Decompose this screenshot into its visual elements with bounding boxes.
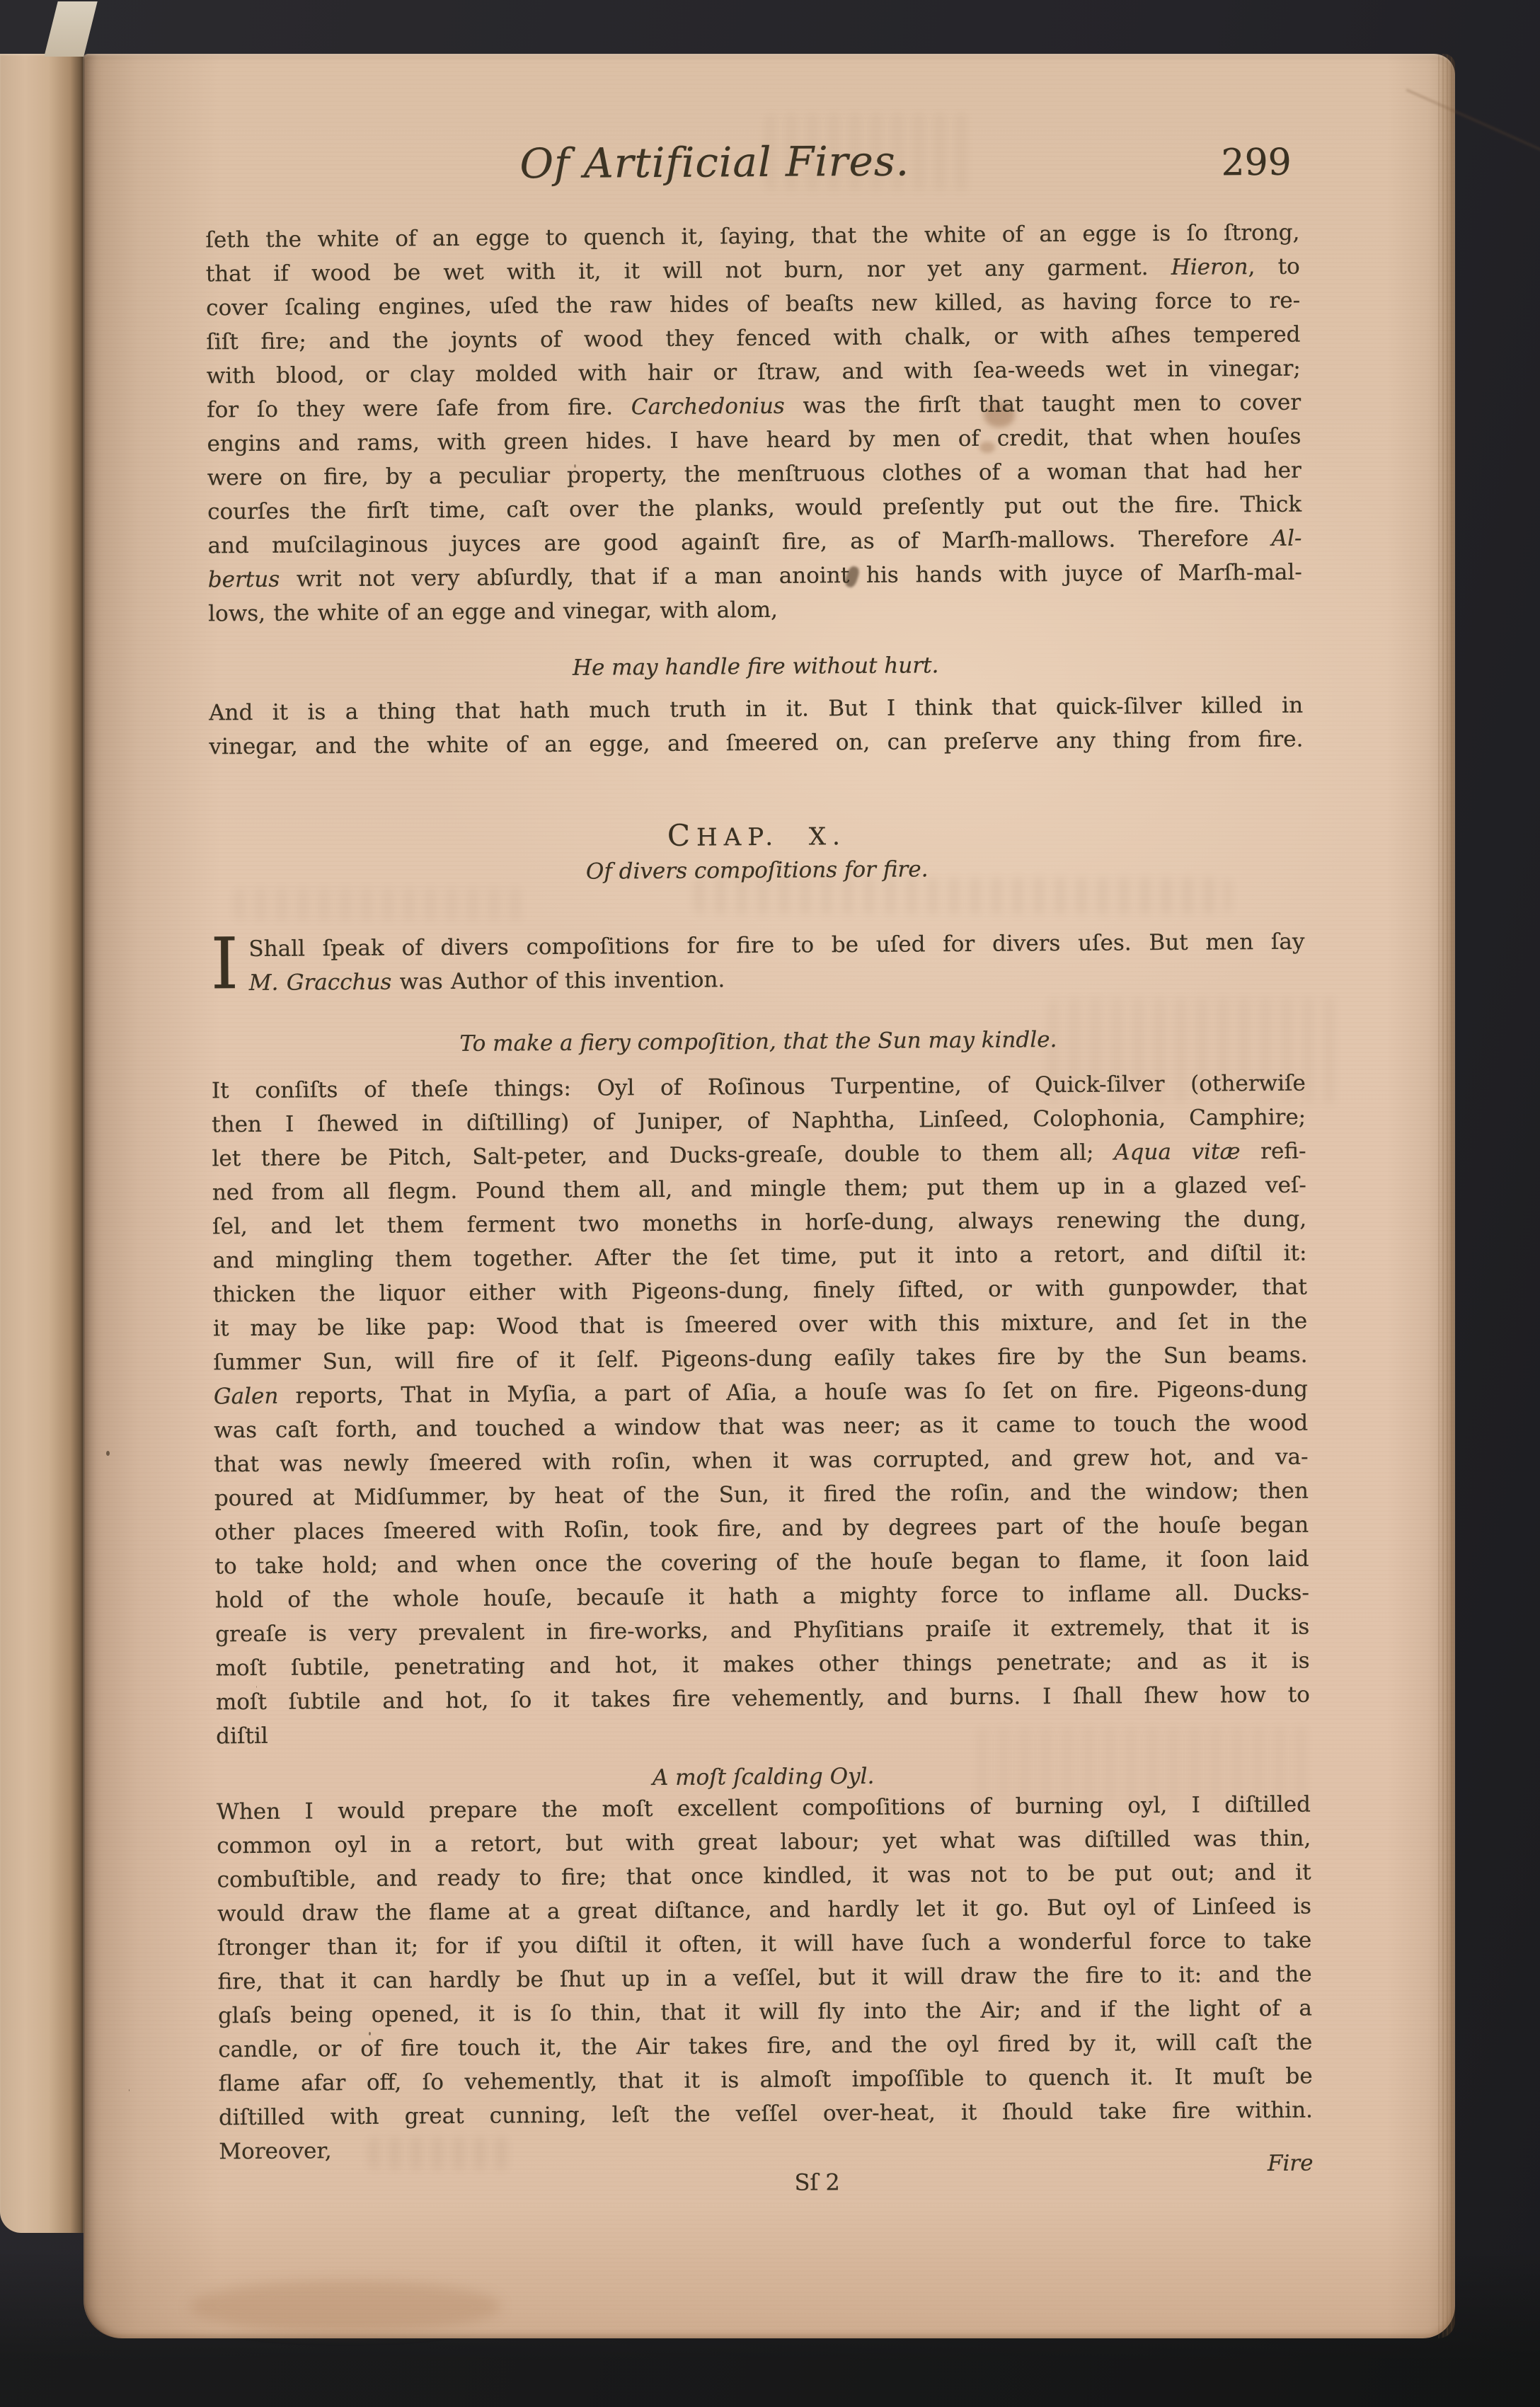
catchword: Fire	[1139, 2148, 1313, 2181]
maxim-line: He may handle fire without hurt.	[209, 646, 1303, 688]
section-body-scalding-oyl: When I would prepare the moſt excellent …	[217, 1788, 1314, 2169]
text-line: M. Gracchus was Author of this invention…	[211, 959, 1305, 1001]
running-title: Of Artificial Fires.	[360, 134, 1068, 191]
chapter-intro: Shall ſpeak of divers compoſitions for f…	[210, 925, 1305, 1001]
paragraph-aftermath: And it is a thing that hath much truth i…	[209, 689, 1304, 764]
page-content: Of Artificial Fires. 299 ſeth the white …	[0, 0, 1540, 2407]
signature-mark: Sſ 2	[729, 2166, 906, 2199]
section-body-fiery-composition: It conſiſts of theſe things: Oyl of Roſi…	[212, 1067, 1311, 1754]
text-line: lows, the white of an egge and vinegar, …	[208, 590, 1302, 631]
page-number: 299	[1125, 141, 1292, 186]
section-title-fiery-composition: To make a fiery compoſition, that the Su…	[211, 1021, 1305, 1063]
book-scan: { "colors": {"paper": "#e0c4aa", "ink": …	[0, 0, 1540, 2407]
text-line: vinegar, and the white of an egge, and ſ…	[209, 723, 1303, 764]
paragraph-continuation: ſeth the white of an egge to quench it, …	[205, 216, 1302, 631]
chapter-subtitle: Of divers compoſitions for fire.	[210, 850, 1304, 892]
